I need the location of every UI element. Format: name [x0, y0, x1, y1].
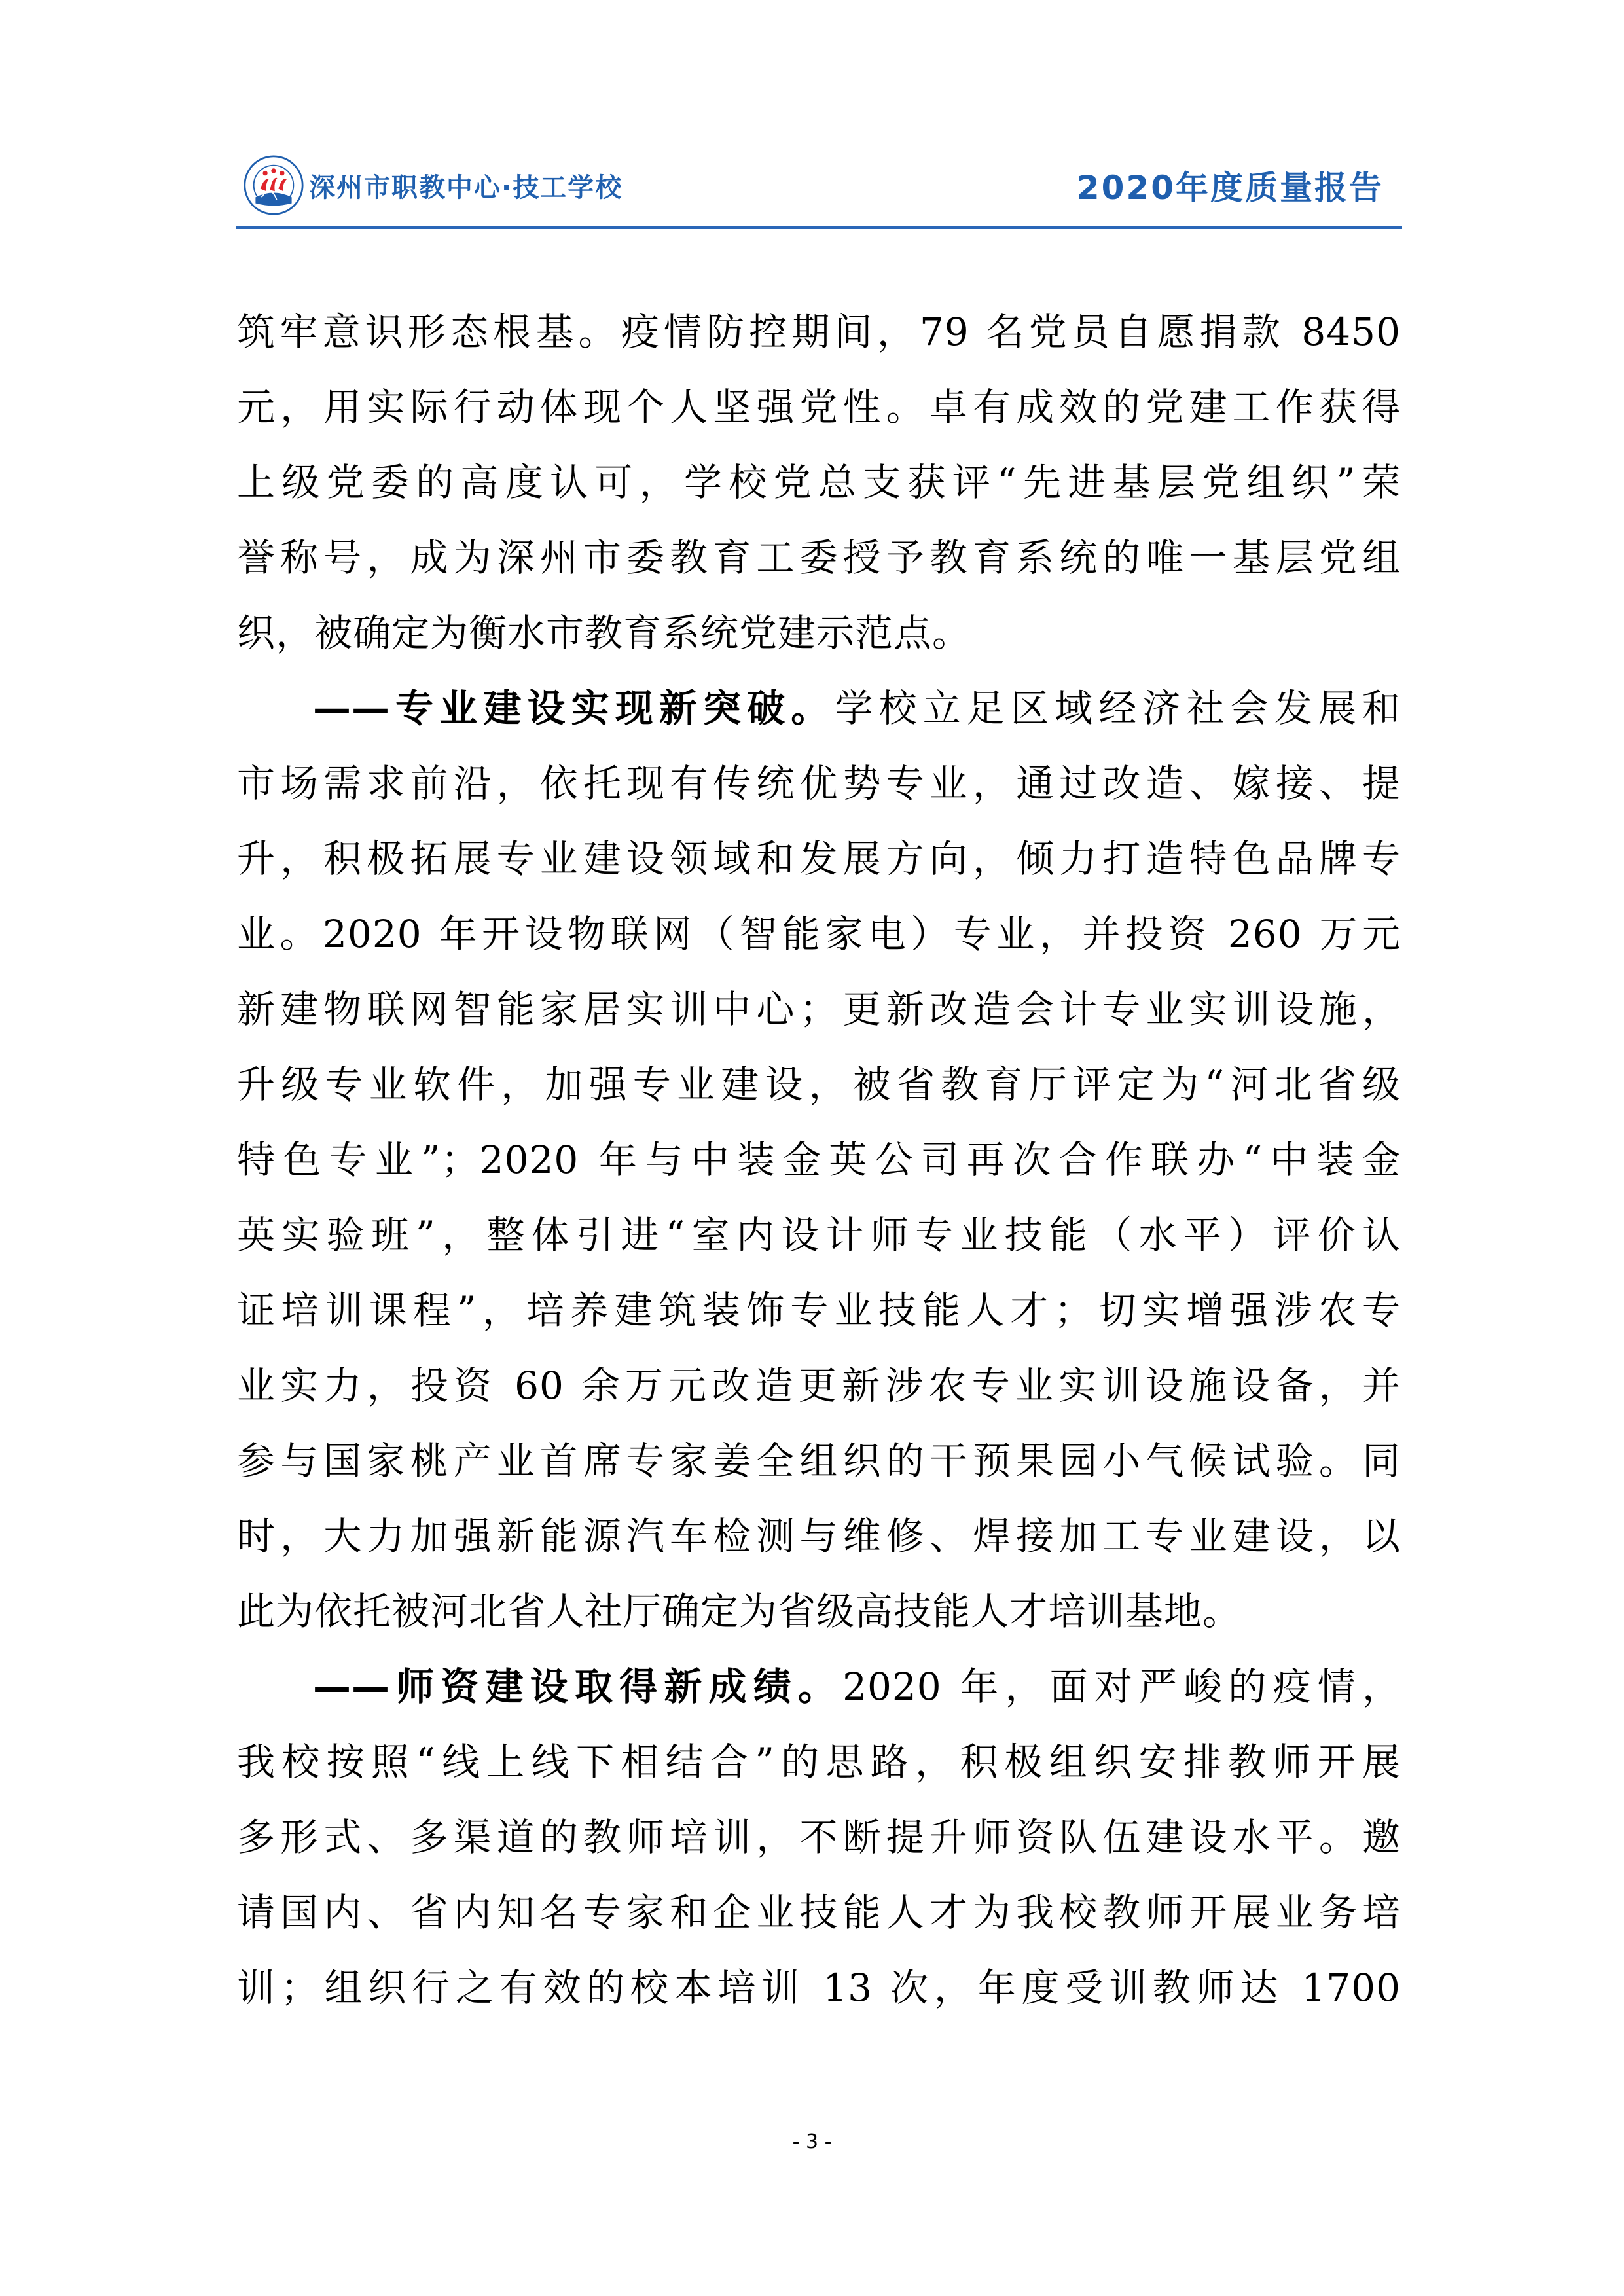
text-line: 新建物联网智能家居实训中心；更新改造会计专业实训设施， — [237, 972, 1401, 1047]
text-line: 证培训课程”，培养建筑装饰专业技能人才；切实增强涉农专 — [237, 1273, 1401, 1348]
text-line: 参与国家桃产业首席专家姜全组织的干预果园小气候试验。同 — [237, 1424, 1401, 1499]
school-emblem-icon — [244, 155, 304, 215]
text-line: 升级专业软件，加强专业建设，被省教育厅评定为“河北省级 — [237, 1047, 1401, 1122]
school-name: 深州市职教中心·技工学校 — [309, 167, 623, 204]
text-line: 织，被确定为衡水市教育系统党建示范点。 — [237, 596, 1401, 671]
text-line: 市场需求前沿，依托现有传统优势专业，通过改造、嫁接、提 — [237, 746, 1401, 821]
text-line: 升，积极拓展专业建设领域和发展方向，倾力打造特色品牌专 — [237, 821, 1401, 897]
report-title: 2020年度质量报告 — [1077, 162, 1384, 209]
text-line: 元，用实际行动体现个人坚强党性。卓有成效的党建工作获得 — [237, 370, 1401, 445]
text-line: 筑牢意识形态根基。疫情防控期间，79 名党员自愿捐款 8450 — [237, 295, 1401, 370]
text-line: 训；组织行之有效的校本培训 13 次，年度受训教师达 1700 — [237, 1950, 1401, 2026]
page-number: - 3 - — [0, 2130, 1624, 2153]
text-line: 上级党委的高度认可，学校党总支获评“先进基层党组织”荣 — [237, 445, 1401, 520]
section-heading-line: ——专业建设实现新突破。学校立足区域经济社会发展和 — [237, 671, 1401, 746]
text-line: 特色专业”；2020 年与中装金英公司再次合作联办“中装金 — [237, 1122, 1401, 1198]
text-line: 业。2020 年开设物联网（智能家电）专业，并投资 260 万元 — [237, 897, 1401, 972]
text-line: 业实力，投资 60 余万元改造更新涉农专业实训设施设备，并 — [237, 1348, 1401, 1424]
section-heading: ——师资建设取得新成绩。 — [313, 1664, 842, 1709]
text-line: 英实验班”，整体引进“室内设计师专业技能（水平）评价认 — [237, 1198, 1401, 1273]
body-text: 筑牢意识形态根基。疫情防控期间，79 名党员自愿捐款 8450 元，用实际行动体… — [237, 295, 1401, 2026]
text-line: 此为依托被河北省人社厅确定为省级高技能人才培训基地。 — [237, 1574, 1401, 1649]
header-divider — [236, 226, 1402, 229]
text-line: 时，大力加强新能源汽车检测与维修、焊接加工专业建设，以 — [237, 1499, 1401, 1574]
text-line: 我校按照“线上线下相结合”的思路，积极组织安排教师开展 — [237, 1725, 1401, 1800]
page-header: 深州市职教中心·技工学校 2020年度质量报告 — [236, 147, 1402, 229]
text-line: 誉称号，成为深州市委教育工委授予教育系统的唯一基层党组 — [237, 520, 1401, 596]
text-line: 多形式、多渠道的教师培训，不断提升师资队伍建设水平。邀 — [237, 1800, 1401, 1875]
section-heading-line: ——师资建设取得新成绩。2020 年，面对严峻的疫情， — [237, 1649, 1401, 1725]
section-heading: ——专业建设实现新突破。 — [313, 686, 835, 730]
text-line: 请国内、省内知名专家和企业技能人才为我校教师开展业务培 — [237, 1875, 1401, 1950]
